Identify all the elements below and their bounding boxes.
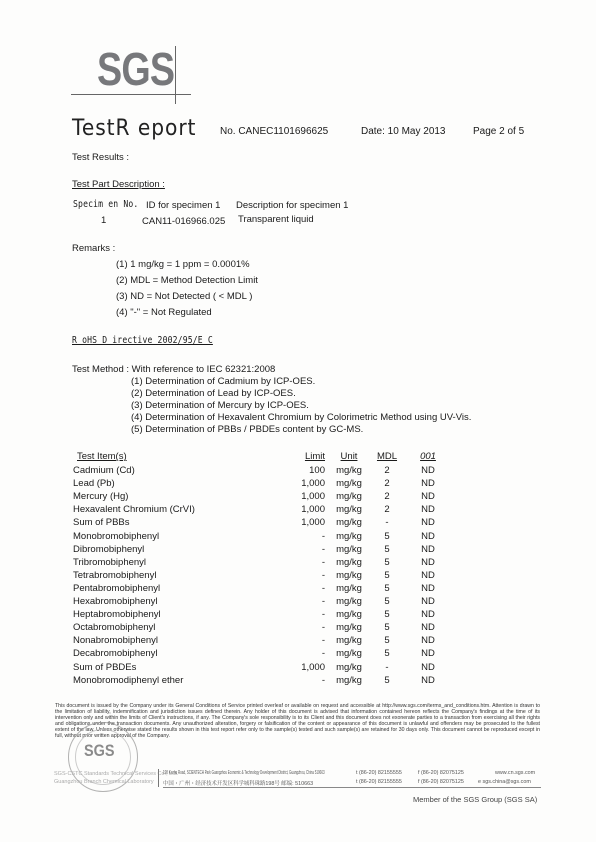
header-unit: Unit — [329, 451, 369, 462]
cell-unit: mg/kg — [329, 531, 369, 542]
cell-mdl: - — [375, 662, 399, 673]
remark-item: (1) 1 mg/kg = 1 ppm = 0.0001% — [116, 259, 250, 270]
specimen-id-header: ID for specimen 1 — [146, 200, 220, 211]
cell-mdl: 5 — [375, 622, 399, 633]
table-row: Decabromobiphenyl-mg/kg5ND — [73, 648, 453, 661]
header-test-item: Test Item(s) — [77, 451, 127, 462]
cell-result: ND — [416, 504, 440, 515]
test-method-label: Test Method : With reference to IEC 6232… — [72, 364, 275, 375]
table-row: Hexabromobiphenyl-mg/kg5ND — [73, 596, 453, 609]
cell-test-item: Monobromobiphenyl — [73, 531, 159, 542]
cell-unit: mg/kg — [329, 635, 369, 646]
cell-unit: mg/kg — [329, 583, 369, 594]
cell-result: ND — [416, 478, 440, 489]
cell-limit: 1,000 — [285, 504, 325, 515]
cell-unit: mg/kg — [329, 517, 369, 528]
cell-mdl: 5 — [375, 583, 399, 594]
telephone-2: t (86-20) 82155555 — [356, 779, 402, 785]
specimen-id: CAN11-016966.025 — [142, 216, 225, 227]
table-header: Test Item(s) Limit Unit MDL 001 — [73, 451, 453, 464]
table-row: Sum of PBDEs1,000mg/kg-ND — [73, 662, 453, 675]
cell-test-item: Lead (Pb) — [73, 478, 115, 489]
cell-limit: - — [285, 531, 325, 542]
cell-unit: mg/kg — [329, 491, 369, 502]
cell-result: ND — [416, 570, 440, 581]
cell-result: ND — [416, 635, 440, 646]
cell-result: ND — [416, 609, 440, 620]
cell-result: ND — [416, 531, 440, 542]
test-method-item: (1) Determination of Cadmium by ICP-OES. — [131, 376, 315, 387]
cell-limit: 1,000 — [285, 491, 325, 502]
logo-horizontal-line — [71, 94, 191, 95]
table-row: Pentabromobiphenyl-mg/kg5ND — [73, 583, 453, 596]
footer-separator — [158, 769, 159, 787]
cell-test-item: Monobromodiphenyl ether — [73, 675, 183, 686]
cell-mdl: - — [375, 517, 399, 528]
cell-mdl: 2 — [375, 478, 399, 489]
cell-test-item: Sum of PBDEs — [73, 662, 136, 673]
table-row: Nonabromobiphenyl-mg/kg5ND — [73, 635, 453, 648]
specimen-desc-header: Description for specimen 1 — [236, 200, 348, 211]
report-date: Date: 10 May 2013 — [361, 126, 446, 137]
footer-rule — [163, 787, 541, 788]
table-row: Heptabromobiphenyl-mg/kg5ND — [73, 609, 453, 622]
cell-unit: mg/kg — [329, 648, 369, 659]
cell-mdl: 5 — [375, 596, 399, 607]
logo-vertical-line — [175, 46, 176, 104]
cell-test-item: Tribromobiphenyl — [73, 557, 146, 568]
directive-heading: R oHS D irective 2002/95/E C — [72, 335, 213, 346]
remarks-label: Remarks : — [72, 243, 115, 254]
cell-result: ND — [416, 465, 440, 476]
cell-result: ND — [416, 557, 440, 568]
cell-test-item: Nonabromobiphenyl — [73, 635, 158, 646]
cell-test-item: Heptabromobiphenyl — [73, 609, 161, 620]
cell-unit: mg/kg — [329, 570, 369, 581]
cell-mdl: 5 — [375, 635, 399, 646]
cell-limit: - — [285, 570, 325, 581]
cell-limit: - — [285, 544, 325, 555]
cell-limit: - — [285, 583, 325, 594]
table-row: Octabromobiphenyl-mg/kg5ND — [73, 622, 453, 635]
cell-result: ND — [416, 648, 440, 659]
sgs-logo: SGS — [95, 44, 175, 98]
remark-item: (3) ND = Not Detected ( < MDL ) — [116, 291, 252, 302]
address-english: 198 Kezhu Road, SCIENTECH Park Guangzhou… — [163, 770, 325, 776]
cell-test-item: Hexavalent Chromium (CrVI) — [73, 504, 195, 515]
specimen-description: Transparent liquid — [238, 214, 314, 225]
cell-mdl: 5 — [375, 609, 399, 620]
cell-mdl: 5 — [375, 531, 399, 542]
table-row: Lead (Pb)1,000mg/kg2ND — [73, 478, 453, 491]
cell-unit: mg/kg — [329, 544, 369, 555]
cell-limit: - — [285, 622, 325, 633]
cell-test-item: Cadmium (Cd) — [73, 465, 135, 476]
cell-test-item: Octabromobiphenyl — [73, 622, 155, 633]
cell-limit: 1,000 — [285, 517, 325, 528]
cell-mdl: 5 — [375, 648, 399, 659]
cell-mdl: 5 — [375, 544, 399, 555]
remark-item: (4) "-" = Not Regulated — [116, 307, 212, 318]
fax-2: f (86-20) 82075125 — [418, 779, 464, 785]
cell-unit: mg/kg — [329, 504, 369, 515]
table-row: Mercury (Hg)1,000mg/kg2ND — [73, 491, 453, 504]
cell-limit: - — [285, 635, 325, 646]
page-number: Page 2 of 5 — [473, 126, 524, 137]
specimen-no: 1 — [101, 215, 106, 226]
test-results-label: Test Results : — [72, 152, 129, 163]
cell-test-item: Tetrabromobiphenyl — [73, 570, 156, 581]
cell-mdl: 2 — [375, 491, 399, 502]
test-part-heading: Test Part Description : — [72, 179, 165, 190]
cell-unit: mg/kg — [329, 478, 369, 489]
cell-unit: mg/kg — [329, 662, 369, 673]
cell-unit: mg/kg — [329, 557, 369, 568]
cell-unit: mg/kg — [329, 465, 369, 476]
sgs-logo-text: SGS — [97, 44, 174, 94]
test-method-item: (4) Determination of Hexavalent Chromium… — [131, 412, 471, 423]
table-row: Tetrabromobiphenyl-mg/kg5ND — [73, 570, 453, 583]
cell-limit: 1,000 — [285, 662, 325, 673]
table-row: Dibromobiphenyl-mg/kg5ND — [73, 544, 453, 557]
cell-test-item: Sum of PBBs — [73, 517, 130, 528]
cell-result: ND — [416, 517, 440, 528]
cell-limit: - — [285, 557, 325, 568]
address-chinese: 中国・广州・经济技术开发区科学城科珠路198号 邮编: 510663 — [163, 779, 313, 787]
cell-unit: mg/kg — [329, 622, 369, 633]
email-link[interactable]: e sgs.china@sgs.com — [478, 779, 531, 785]
table-row: Sum of PBBs1,000mg/kg-ND — [73, 517, 453, 530]
table-row: Hexavalent Chromium (CrVI)1,000mg/kg2ND — [73, 504, 453, 517]
telephone-1: t (86-20) 82155555 — [356, 770, 402, 776]
cell-result: ND — [416, 491, 440, 502]
cell-unit: mg/kg — [329, 596, 369, 607]
cell-test-item: Mercury (Hg) — [73, 491, 128, 502]
company-name: SGS-CSTC Standards Technical Services Co… — [54, 771, 178, 777]
stamp-logo-text: SGS — [84, 741, 115, 761]
cell-test-item: Hexabromobiphenyl — [73, 596, 158, 607]
specimen-no-header: Specim en No. — [73, 199, 138, 210]
cell-limit: - — [285, 648, 325, 659]
header-limit: Limit — [285, 451, 325, 462]
website-link[interactable]: www.cn.sgs.com — [495, 770, 535, 776]
cell-result: ND — [416, 622, 440, 633]
cell-result: ND — [416, 544, 440, 555]
member-statement: Member of the SGS Group (SGS SA) — [413, 795, 537, 804]
report-number: No. CANEC1101696625 — [220, 126, 328, 137]
company-branch: Guangzhou Branch Chemical Laboratory — [54, 779, 154, 785]
cell-test-item: Pentabromobiphenyl — [73, 583, 160, 594]
test-method-item: (2) Determination of Lead by ICP-OES. — [131, 388, 296, 399]
cell-result: ND — [416, 583, 440, 594]
cell-limit: - — [285, 596, 325, 607]
cell-result: ND — [416, 675, 440, 686]
table-row: Tribromobiphenyl-mg/kg5ND — [73, 557, 453, 570]
cell-unit: mg/kg — [329, 609, 369, 620]
cell-limit: - — [285, 609, 325, 620]
cell-result: ND — [416, 662, 440, 673]
cell-mdl: 2 — [375, 465, 399, 476]
cell-limit: 1,000 — [285, 478, 325, 489]
table-row: Monobromobiphenyl-mg/kg5ND — [73, 531, 453, 544]
cell-result: ND — [416, 596, 440, 607]
fax-1: f (86-20) 82075125 — [418, 770, 464, 776]
cell-unit: mg/kg — [329, 675, 369, 686]
cell-mdl: 5 — [375, 675, 399, 686]
remark-item: (2) MDL = Method Detection Limit — [116, 275, 258, 286]
report-title: TestR eport — [72, 116, 196, 141]
cell-mdl: 2 — [375, 504, 399, 515]
table-row: Monobromodiphenyl ether-mg/kg5ND — [73, 675, 453, 688]
table-row: Cadmium (Cd)100mg/kg2ND — [73, 465, 453, 478]
header-mdl: MDL — [375, 451, 399, 462]
cell-mdl: 5 — [375, 557, 399, 568]
cell-test-item: Dibromobiphenyl — [73, 544, 144, 555]
cell-limit: - — [285, 675, 325, 686]
header-sample-001: 001 — [416, 451, 440, 462]
test-method-item: (5) Determination of PBBs / PBDEs conten… — [131, 424, 363, 435]
cell-test-item: Decabromobiphenyl — [73, 648, 158, 659]
cell-limit: 100 — [285, 465, 325, 476]
cell-mdl: 5 — [375, 570, 399, 581]
test-method-item: (3) Determination of Mercury by ICP-OES. — [131, 400, 309, 411]
